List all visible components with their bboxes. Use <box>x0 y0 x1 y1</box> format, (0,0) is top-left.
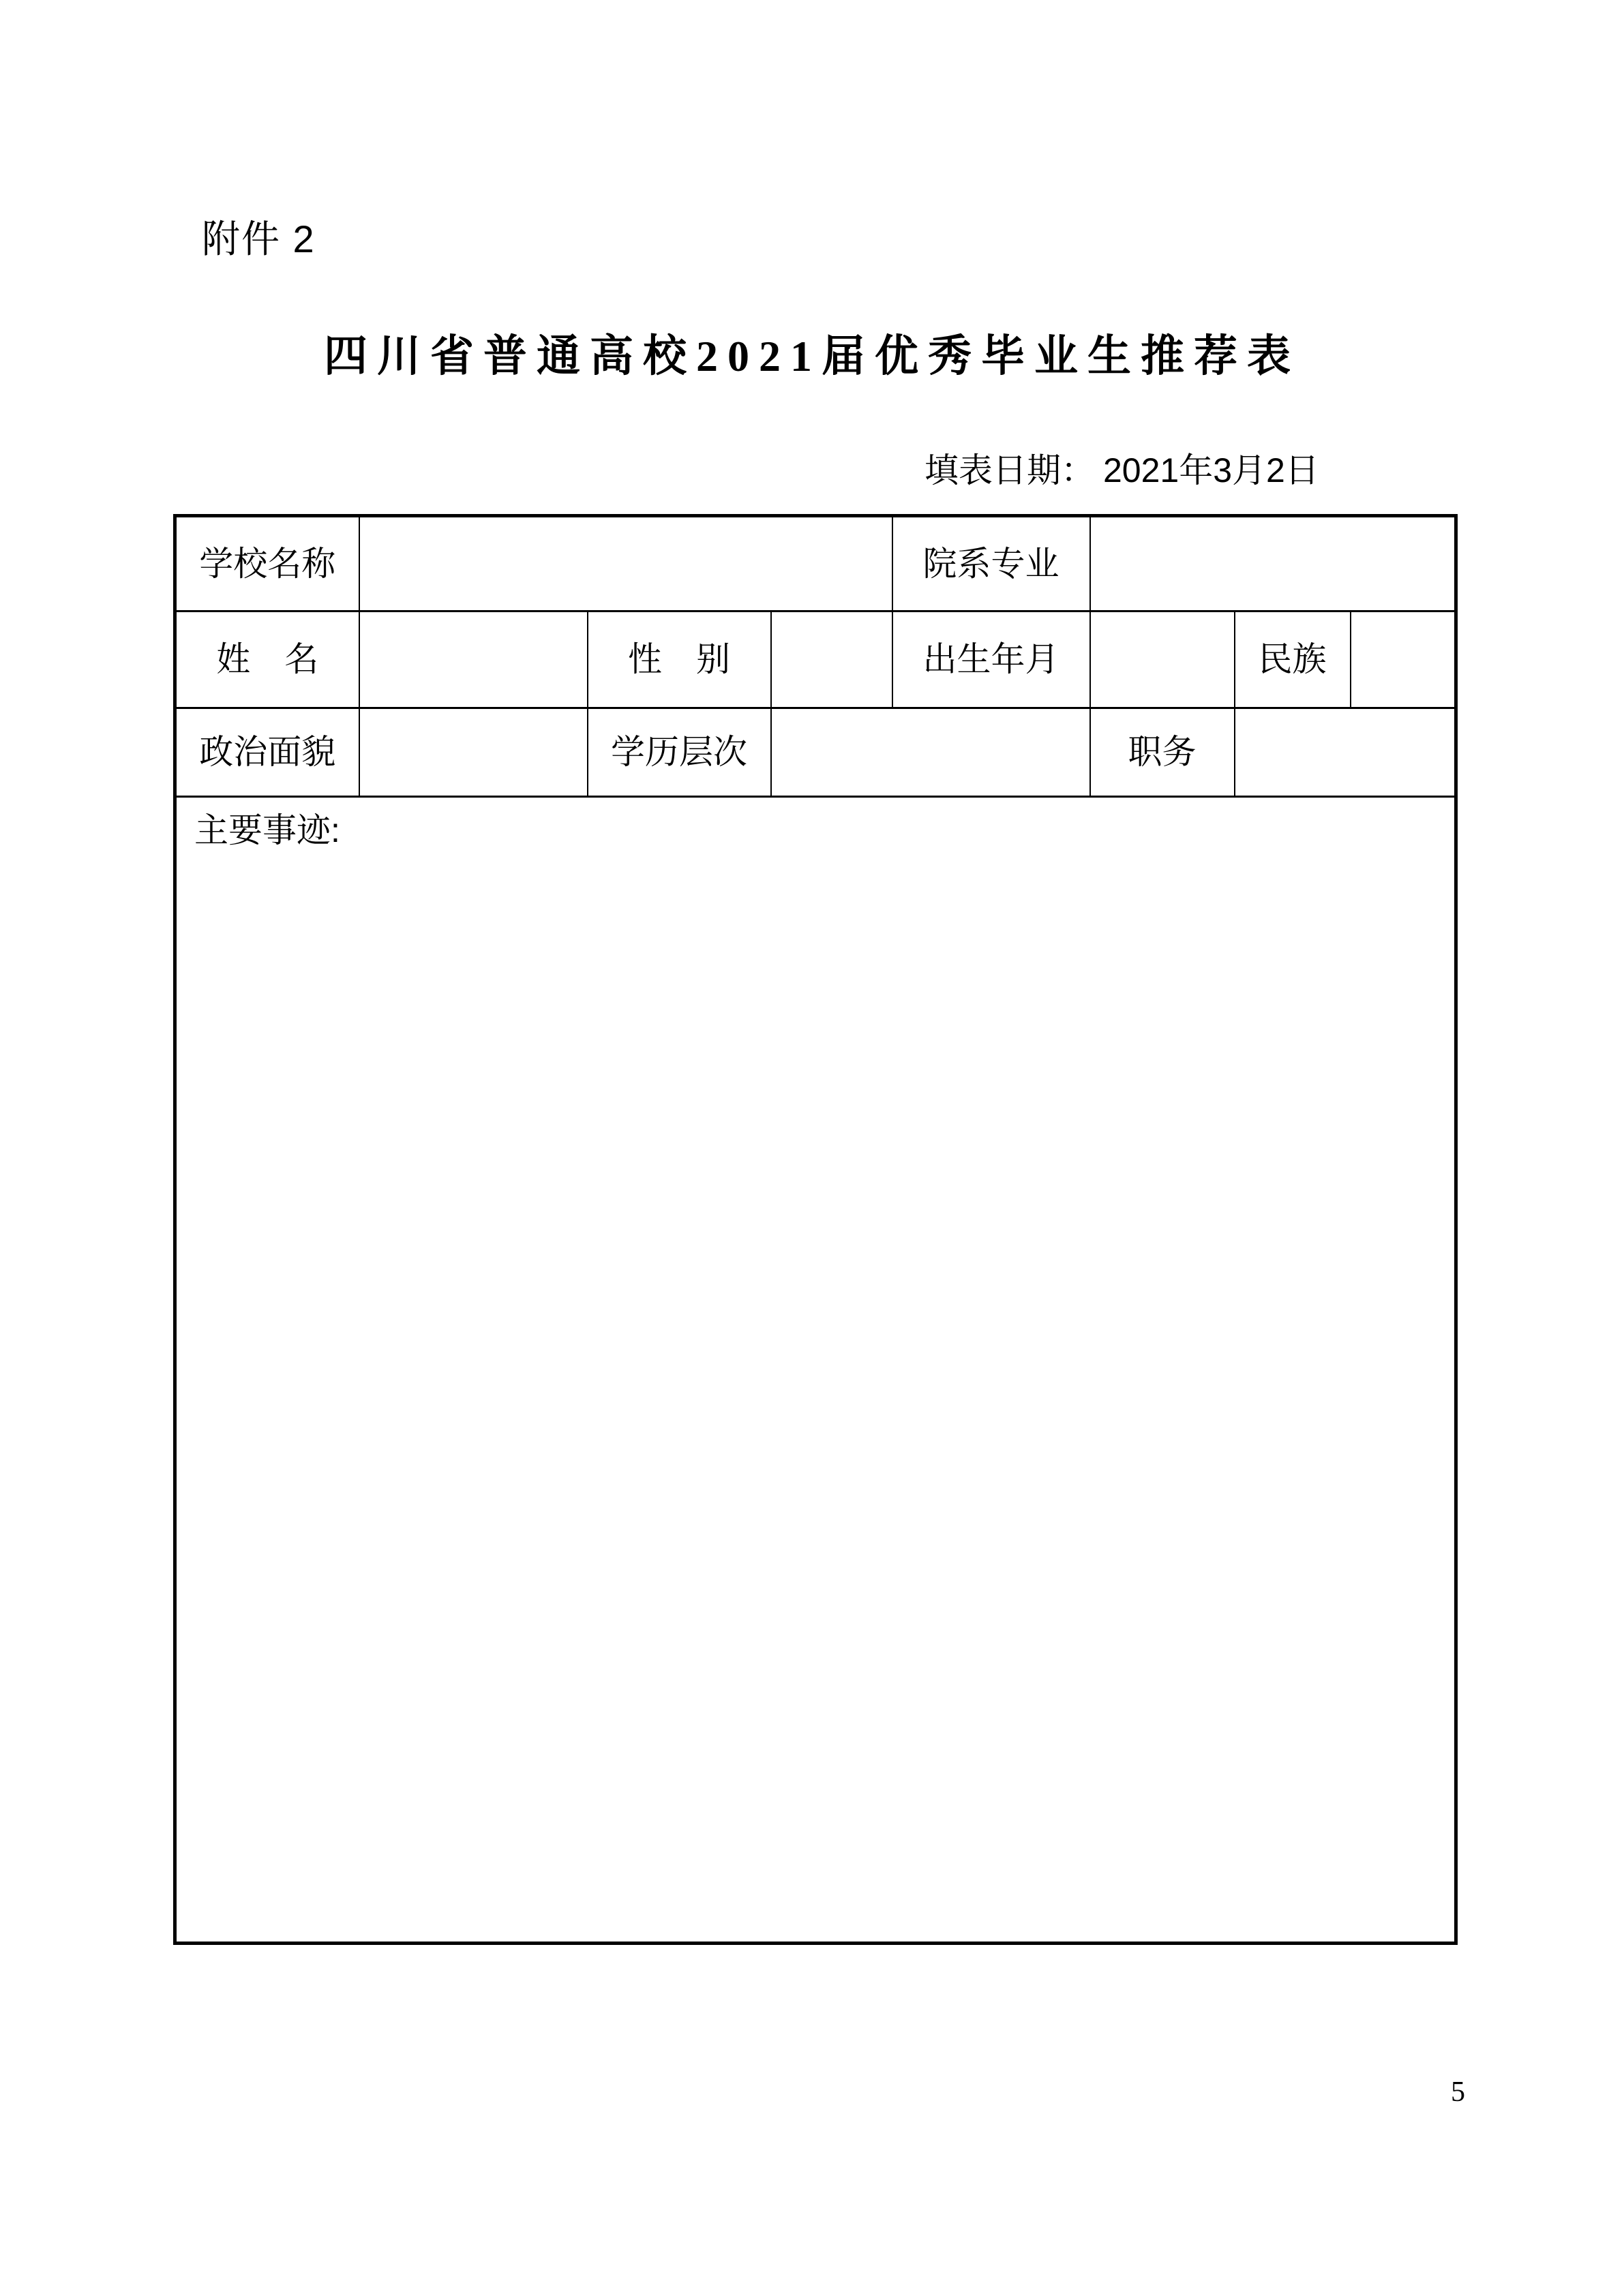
fill-date-label: 填表日期： <box>924 451 1095 489</box>
page-number: 5 <box>1451 2076 1465 2108</box>
education-level-label: 学历层次 <box>588 708 771 797</box>
fill-date-value: 2021年3月2日 <box>1095 451 1319 489</box>
ethnicity-value <box>1351 611 1456 708</box>
fill-date-line: 填表日期：2021年3月2日 <box>924 451 1319 491</box>
political-status-value <box>359 708 588 797</box>
table-row: 主要事迹: <box>175 797 1456 1944</box>
table-row: 学校名称 院系专业 <box>175 516 1456 611</box>
department-major-label: 院系专业 <box>892 516 1090 611</box>
position-label: 职务 <box>1090 708 1235 797</box>
school-name-value <box>359 516 892 611</box>
main-achievements-label: 主要事迹: <box>177 798 340 851</box>
name-label: 姓 名 <box>175 611 359 708</box>
attachment-label: 附件 2 <box>202 218 316 260</box>
department-major-value <box>1090 516 1456 611</box>
birth-date-value <box>1090 611 1235 708</box>
education-level-value <box>771 708 1090 797</box>
table-row: 姓 名 性 别 出生年月 民族 <box>175 611 1456 708</box>
page-title: 四川省普通高校2021届优秀毕业生推荐表 <box>0 333 1624 380</box>
gender-value <box>771 611 892 708</box>
name-value <box>359 611 588 708</box>
position-value <box>1235 708 1456 797</box>
political-status-label: 政治面貌 <box>175 708 359 797</box>
recommendation-form-table: 学校名称 院系专业 姓 名 性 别 出生年月 民族 政治面貌 学历层次 职务 主… <box>173 514 1458 1945</box>
school-name-label: 学校名称 <box>175 516 359 611</box>
gender-label: 性 别 <box>588 611 771 708</box>
ethnicity-label: 民族 <box>1235 611 1351 708</box>
table-row: 政治面貌 学历层次 职务 <box>175 708 1456 797</box>
birth-date-label: 出生年月 <box>892 611 1090 708</box>
main-achievements-cell: 主要事迹: <box>175 797 1456 1944</box>
